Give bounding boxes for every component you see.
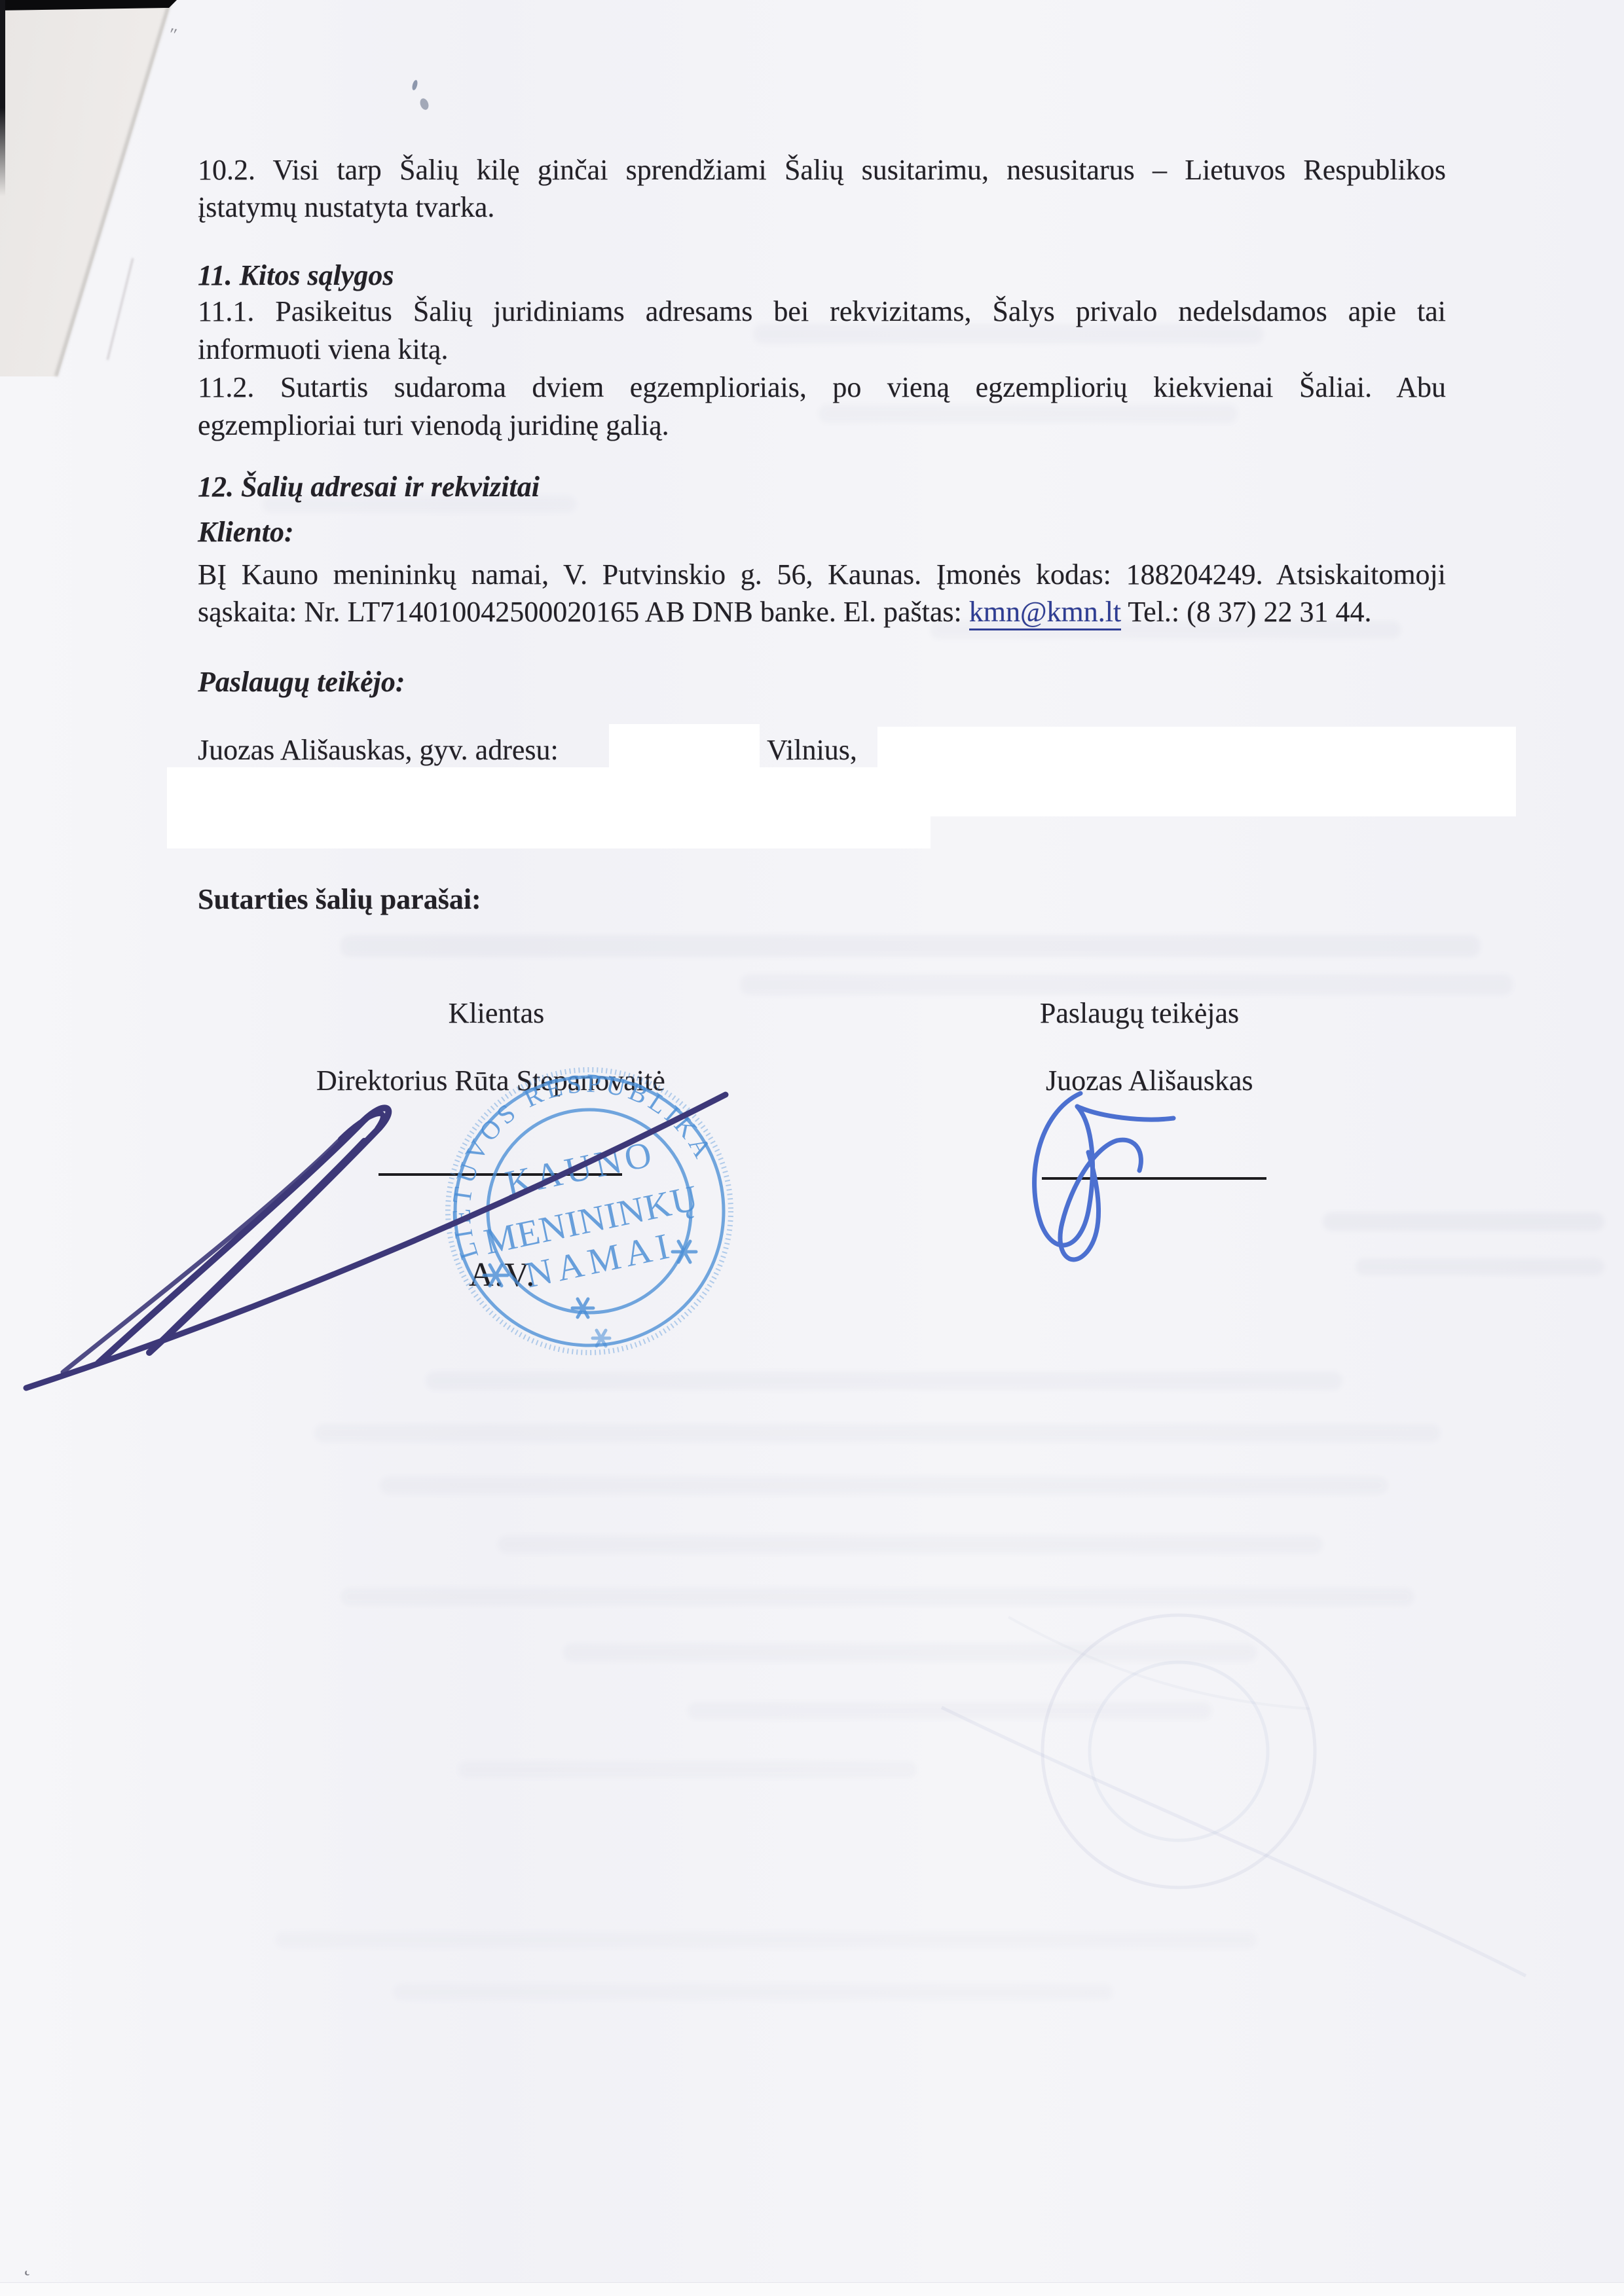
bleed-through-stamp <box>942 1615 1526 1976</box>
provider-signature <box>1035 1093 1173 1260</box>
client-signature <box>26 1095 726 1388</box>
signatures-overlay <box>0 0 1624 2296</box>
stray-mark: ˛ <box>24 2252 31 2277</box>
scanned-contract-page: 10.2. Visi tarp Šalių kilę ginčai sprend… <box>0 0 1624 2296</box>
scanner-edge-sliver <box>0 0 5 196</box>
scan-bottom-edge <box>0 2282 1624 2296</box>
